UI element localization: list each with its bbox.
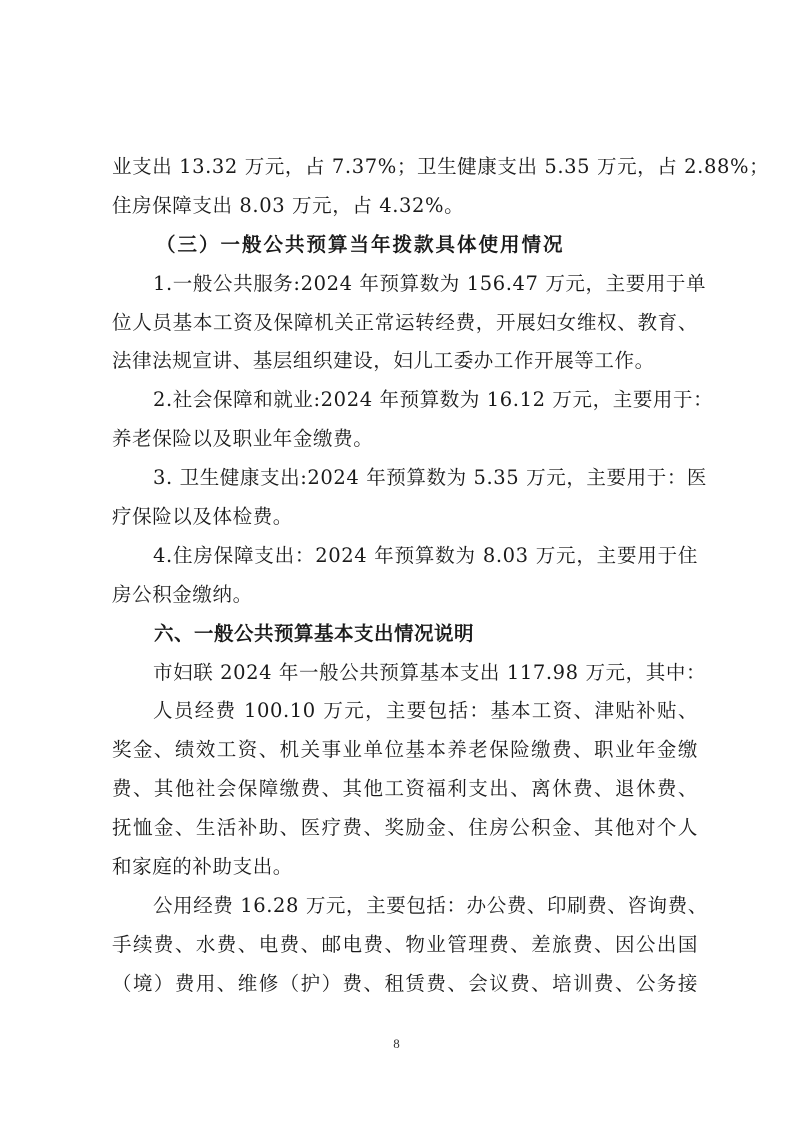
document-body: 业支出 13.32 万元，占 7.37%；卫生健康支出 5.35 万元，占 2.… [112, 148, 698, 1004]
page-number: 8 [0, 1036, 793, 1052]
paragraph-line: 3. 卫生健康支出:2024 年预算数为 5.35 万元，主要用于：医 [112, 459, 698, 498]
section-subheading: （三）一般公共预算当年拨款具体使用情况 [112, 226, 698, 265]
paragraph-line: 2.社会保障和就业:2024 年预算数为 16.12 万元，主要用于： [112, 381, 698, 420]
paragraph-line: 位人员基本工资及保障机关正常运转经费，开展妇女维权、教育、 [112, 304, 698, 343]
paragraph-line: 和家庭的补助支出。 [112, 848, 698, 887]
paragraph-line: 1.一般公共服务:2024 年预算数为 156.47 万元，主要用于单 [112, 265, 698, 304]
paragraph-line: 疗保险以及体检费。 [112, 498, 698, 537]
paragraph-line: （境）费用、维修（护）费、租赁费、会议费、培训费、公务接 [112, 965, 698, 1004]
paragraph-line: 手续费、水费、电费、邮电费、物业管理费、差旅费、因公出国 [112, 926, 698, 965]
paragraph-line: 法律法规宣讲、基层组织建设，妇儿工委办工作开展等工作。 [112, 342, 698, 381]
paragraph-line: 业支出 13.32 万元，占 7.37%；卫生健康支出 5.35 万元，占 2.… [112, 148, 698, 187]
paragraph-line: 4.住房保障支出：2024 年预算数为 8.03 万元，主要用于住 [112, 537, 698, 576]
paragraph-line: 市妇联 2024 年一般公共预算基本支出 117.98 万元，其中： [112, 654, 698, 693]
document-page: 业支出 13.32 万元，占 7.37%；卫生健康支出 5.35 万元，占 2.… [0, 0, 793, 1122]
paragraph-line: 费、其他社会保障缴费、其他工资福利支出、离休费、退休费、 [112, 770, 698, 809]
section-heading: 六、一般公共预算基本支出情况说明 [112, 615, 698, 654]
paragraph-line: 奖金、绩效工资、机关事业单位基本养老保险缴费、职业年金缴 [112, 731, 698, 770]
paragraph-line: 住房保障支出 8.03 万元，占 4.32%。 [112, 187, 698, 226]
paragraph-line: 养老保险以及职业年金缴费。 [112, 420, 698, 459]
paragraph-line: 公用经费 16.28 万元，主要包括：办公费、印刷费、咨询费、 [112, 887, 698, 926]
paragraph-line: 抚恤金、生活补助、医疗费、奖励金、住房公积金、其他对个人 [112, 809, 698, 848]
paragraph-line: 人员经费 100.10 万元，主要包括：基本工资、津贴补贴、 [112, 692, 698, 731]
paragraph-line: 房公积金缴纳。 [112, 576, 698, 615]
